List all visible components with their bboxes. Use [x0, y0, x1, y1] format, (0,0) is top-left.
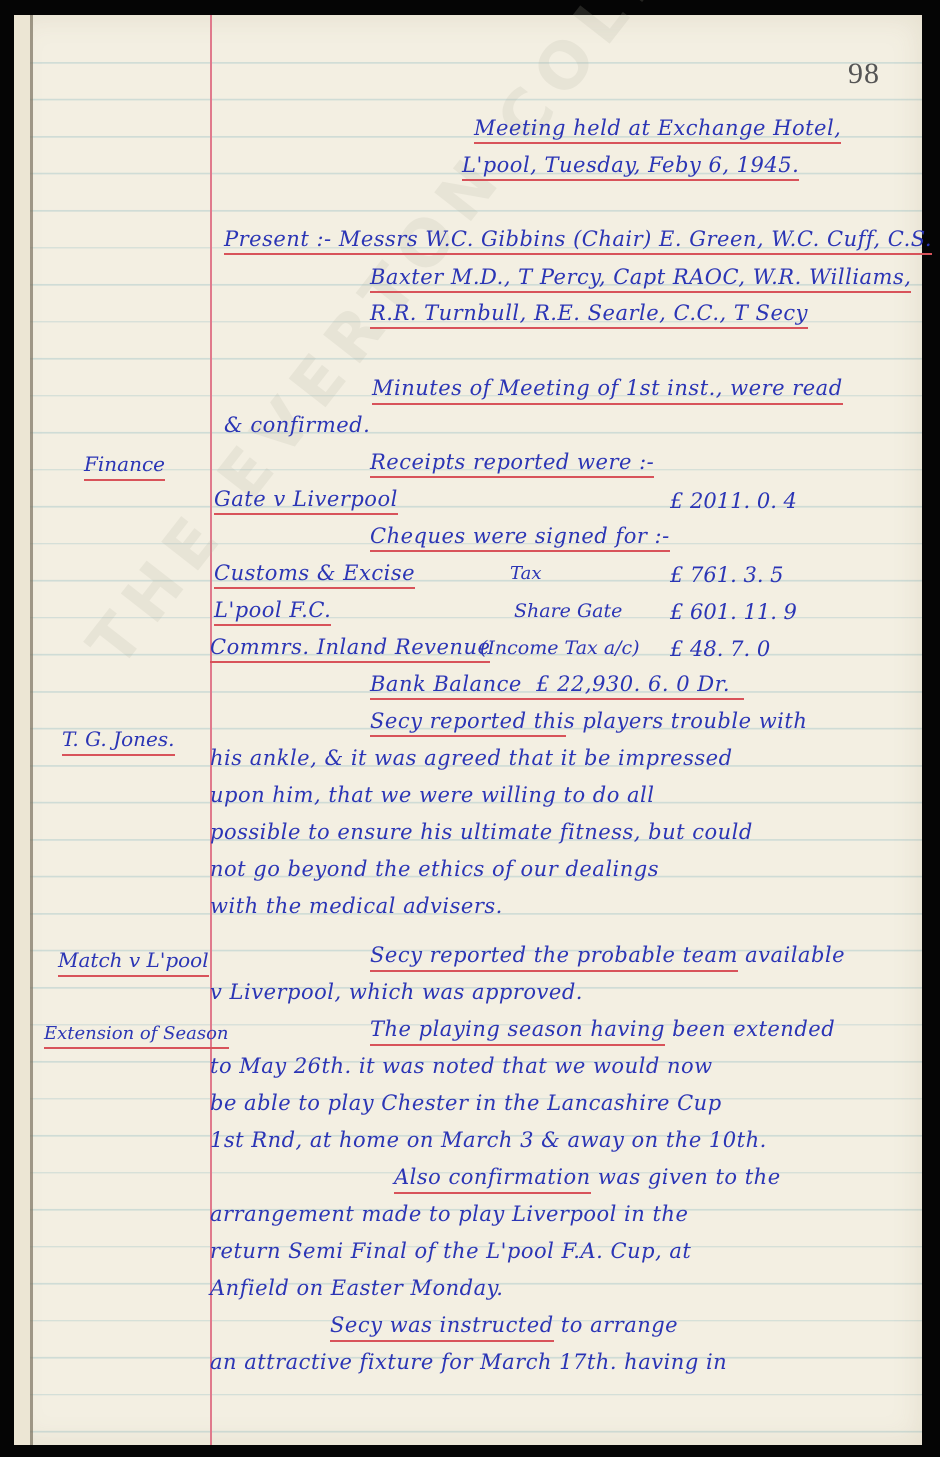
extension-line2: to May 26th. it was noted that we would …: [210, 1056, 713, 1077]
minutes-line2: & confirmed.: [224, 415, 370, 436]
jones-line2: his ankle, & it was agreed that it be im…: [210, 748, 733, 769]
cheque-amount: £ 48. 7. 0: [670, 637, 770, 661]
present-line3: R.R. Turnbull, R.E. Searle, C.C., T Secy: [370, 303, 808, 329]
margin-heading-finance: Finance: [84, 452, 165, 481]
bank-balance-line: Bank Balance £ 22,930. 6. 0 Dr.: [370, 674, 744, 700]
present-label: Present :-: [224, 227, 332, 251]
cheque-item: Customs & Excise: [214, 563, 415, 589]
confirmation-line3: return Semi Final of the L'pool F.A. Cup…: [210, 1241, 691, 1262]
confirmation-line4: Anfield on Easter Monday.: [210, 1278, 503, 1299]
cheque-item: Commrs. Inland Revenue: [210, 637, 490, 663]
confirmation-line2: arrangement made to play Liverpool in th…: [210, 1204, 688, 1225]
jones-line3: upon him, that we were willing to do all: [210, 785, 655, 806]
minutes-line1: Minutes of Meeting of 1st inst., were re…: [372, 378, 843, 399]
extension-line1: The playing season having been extended: [370, 1019, 835, 1040]
meeting-heading-line2: L'pool, Tuesday, Feby 6, 1945.: [462, 155, 799, 181]
jones-line4: possible to ensure his ultimate fitness,…: [210, 822, 753, 843]
margin-heading-match: Match v L'pool: [58, 948, 209, 977]
cheque-note: (Income Tax a/c): [480, 637, 640, 659]
present-label-line: Present :- Messrs W.C. Gibbins (Chair) E…: [224, 229, 932, 255]
jones-lead-underline: [370, 735, 566, 737]
cheques-heading: Cheques were signed for :-: [370, 526, 670, 552]
margin-rule: [210, 15, 212, 1445]
ledger-page: THE EVERTON COLLECTION CHARITABLE TRUST …: [14, 15, 922, 1445]
match-line1: Secy reported the probable team availabl…: [370, 945, 845, 966]
cheque-amount: £ 601. 11. 9: [670, 600, 797, 624]
fixture-line2: an attractive fixture for March 17th. ha…: [210, 1352, 727, 1373]
receipt-item: Gate v Liverpool: [214, 489, 398, 515]
binding-edge: [30, 15, 33, 1445]
extension-line3: be able to play Chester in the Lancashir…: [210, 1093, 722, 1114]
jones-line6: with the medical advisers.: [210, 896, 503, 917]
page-gutter: [14, 15, 30, 1445]
jones-line5: not go beyond the ethics of our dealings: [210, 859, 659, 880]
bank-balance-label: Bank Balance: [370, 672, 522, 696]
cheque-note: Tax: [510, 563, 542, 584]
fixture-line1: Secy was instructed to arrange: [330, 1315, 678, 1336]
receipt-amount: £ 2011. 0. 4: [670, 489, 797, 513]
match-line2: v Liverpool, which was approved.: [210, 982, 583, 1003]
bank-balance-amount: £ 22,930. 6. 0 Dr.: [536, 672, 730, 696]
cheque-amount: £ 761. 3. 5: [670, 563, 784, 587]
page-number: 98: [848, 57, 880, 91]
present-line1: Messrs W.C. Gibbins (Chair) E. Green, W.…: [339, 227, 932, 251]
receipts-heading: Receipts reported were :-: [370, 452, 654, 478]
present-line2: Baxter M.D., T Percy, Capt RAOC, W.R. Wi…: [370, 267, 911, 293]
extension-line4: 1st Rnd, at home on March 3 & away on th…: [210, 1130, 767, 1151]
jones-line1: Secy reported this players trouble with: [370, 711, 807, 732]
confirmation-line1: Also confirmation was given to the: [394, 1167, 781, 1188]
margin-heading-jones: T. G. Jones.: [62, 727, 175, 756]
meeting-heading-line1: Meeting held at Exchange Hotel,: [474, 118, 841, 144]
margin-heading-extension: Extension of Season: [44, 1023, 229, 1049]
cheque-item: L'pool F.C.: [214, 600, 331, 626]
cheque-note: Share Gate: [514, 600, 622, 622]
